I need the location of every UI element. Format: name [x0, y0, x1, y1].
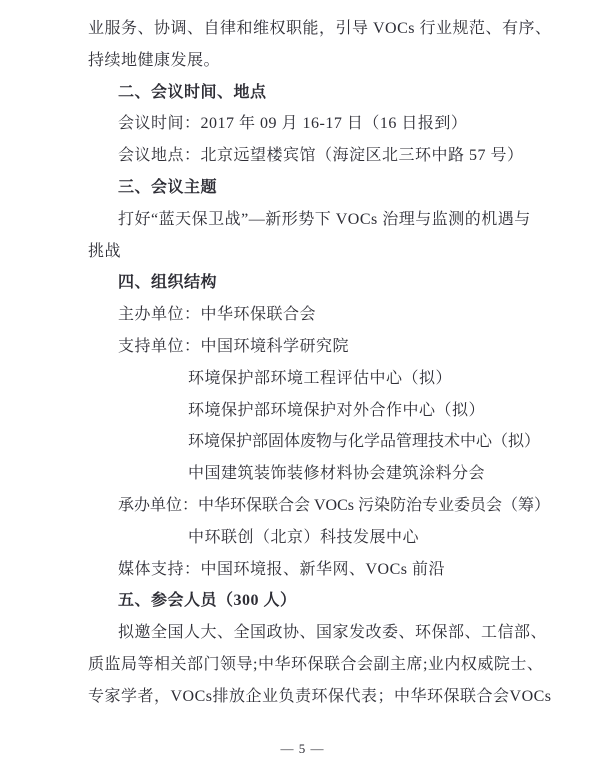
paragraph-continuation-line: 专家学者，VOCs排放企业负责环保代表；中华环保联合会VOCs — [88, 681, 565, 713]
document-body: 业服务、协调、自律和维权职能，引导 VOCs 行业规范、有序、 持续地健康发展。… — [88, 13, 565, 713]
organizer-unit-item: 中环联创（北京）科技发展中心 — [188, 522, 565, 554]
support-unit-item: 环境保护部环境保护对外合作中心（拟） — [188, 395, 565, 427]
paragraph-continuation-line: 持续地健康发展。 — [88, 45, 565, 77]
organizer-unit-line: 承办单位：中华环保联合会 VOCs 污染防治专业委员会（筹） — [118, 490, 565, 522]
paragraph-continuation-line: 挑战 — [88, 236, 565, 268]
support-unit-item: 环境保护部固体废物与化学品管理技术中心（拟） — [188, 426, 565, 458]
meeting-place-line: 会议地点：北京远望楼宾馆（海淀区北三环中路 57 号） — [118, 140, 565, 172]
page-number: — 5 — — [0, 740, 605, 758]
section-heading-organization: 四、组织结构 — [118, 267, 565, 299]
participants-line: 拟邀全国人大、全国政协、国家发改委、环保部、工信部、 — [118, 617, 565, 649]
section-heading-meeting-time-place: 二、会议时间、地点 — [118, 77, 565, 109]
support-unit-item: 环境保护部环境工程评估中心（拟） — [188, 363, 565, 395]
support-unit-line: 支持单位：中国环境科学研究院 — [118, 331, 565, 363]
paragraph-continuation-line: 质监局等相关部门领导;中华环保联合会副主席;业内权威院士、 — [88, 649, 565, 681]
media-support-line: 媒体支持：中国环境报、新华网、VOCs 前沿 — [118, 554, 565, 586]
meeting-theme-line: 打好“蓝天保卫战”—新形势下 VOCs 治理与监测的机遇与 — [118, 204, 565, 236]
section-heading-meeting-theme: 三、会议主题 — [118, 172, 565, 204]
host-unit-line: 主办单位：中华环保联合会 — [118, 299, 565, 331]
support-unit-item: 中国建筑装饰装修材料协会建筑涂料分会 — [188, 458, 565, 490]
section-heading-participants: 五、参会人员（300 人） — [118, 585, 565, 617]
meeting-time-line: 会议时间：2017 年 09 月 16-17 日（16 日报到） — [118, 108, 565, 140]
document-page: 业服务、协调、自律和维权职能，引导 VOCs 行业规范、有序、 持续地健康发展。… — [0, 0, 605, 772]
paragraph-continuation-line: 业服务、协调、自律和维权职能，引导 VOCs 行业规范、有序、 — [88, 13, 565, 45]
